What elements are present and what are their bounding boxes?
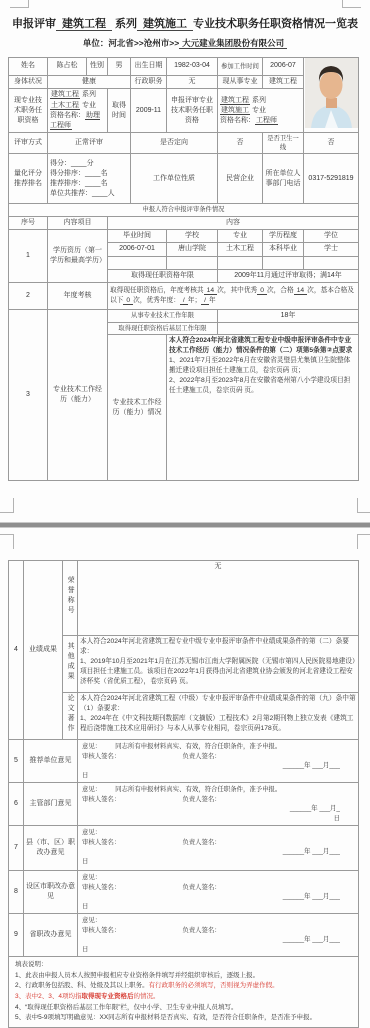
- day-char: 日: [82, 945, 354, 955]
- edu-h-major: 专业: [218, 229, 263, 242]
- edu-empty-3: [218, 256, 263, 269]
- ach-label: 业绩成果: [24, 561, 63, 740]
- exp-grassroots-value: [218, 323, 359, 335]
- title-series-suffix: 系列: [115, 18, 137, 30]
- annual-seg: 次，其中优秀: [217, 287, 257, 294]
- reviewer-sign-label: 审核人签名：: [82, 884, 120, 891]
- opinion-7-content: 意见： 审核人签名：负责人签名： ______年 ___月___ 日: [78, 826, 359, 871]
- opinion-9-content: 意见： 审核人签名：负责人签名： ______年 ___月___ 日: [78, 914, 359, 957]
- annual-num: 0: [257, 287, 267, 295]
- edu-no: 1: [9, 229, 48, 282]
- seq-header: 序号: [9, 216, 48, 229]
- note-4: 4、“取得现任职资格后基层工作年限”栏，仅中小学、卫生专业申报人员填写。: [15, 1003, 352, 1014]
- principal-sign-label: 负责人签名：: [182, 753, 220, 760]
- opinion-9-no: 9: [9, 914, 24, 957]
- notes-title: 填表说明：: [15, 960, 352, 971]
- exp-detail-item2: 2、2022年8月至2023年8月在安徽省亳州第八小学建设项目担任土建施工员，卷…: [169, 376, 356, 396]
- other-results-head: 本人符合2024年河北省建筑工程专业中级专业申报评审条件中业绩成果条件的第（二）…: [80, 638, 349, 655]
- frontline-label: 是否卫生一线: [263, 133, 304, 154]
- admin-duty-value: 无: [167, 76, 218, 89]
- health-value: 健康: [48, 76, 131, 89]
- current-title-value: 建筑工程 系列 土木工程 专业 资格名称：助理工程师: [48, 89, 108, 133]
- opinion-6-content: 意见：同志所有申报材料真实、有效，符合任职条件，准予申报。 审核人签名：负责人签…: [78, 783, 359, 826]
- annual-seg: 次，优秀年度：: [133, 297, 180, 304]
- note-2: 2、行政职务包括股、科、处级及其以上职务。有行政职务的必须填写，否则视为弄虚作假…: [15, 981, 352, 992]
- principal-sign-label: 负责人签名：: [182, 884, 220, 891]
- directed-label: 是否定向: [131, 133, 218, 154]
- other-results-item: 1、2019年10月至2021年1月在江苏无锡市江南大学附属医院（无锡市第四人民…: [80, 658, 355, 685]
- unit-label: 单位：河北省>>沧州市>>: [83, 38, 179, 48]
- honor-label: 荣誉称号: [63, 561, 78, 636]
- document-page: { "colors": {"note_red": "#d6352b", "pag…: [0, 0, 370, 1024]
- title-suffix: 专业技术职务任职资格情况一览表: [193, 18, 358, 30]
- apply-series: 建筑工程: [220, 97, 250, 105]
- achievements-opinions-table: 4 业绩成果 荣誉称号 无 其他成果 本人符合2024年河北省建筑工程专业中级专…: [8, 560, 359, 1028]
- health-label: 身体状况: [9, 76, 48, 89]
- day-char: 日: [82, 857, 354, 867]
- opinion-6-no: 6: [9, 783, 24, 826]
- opinion-5-content: 意见：同志所有申报材料真实、有效，符合任职条件，准予申报。 审核人签名：负责人签…: [78, 740, 359, 783]
- apply-name-label: 资格名称：: [220, 117, 255, 124]
- reviewer-sign-label: 审核人签名：: [82, 796, 120, 803]
- reviewer-sign-label: 审核人签名：: [82, 927, 120, 934]
- note-1: 1、此表由申报人员本人按照申报相应专业资格条件填写并经组织审核后，逐级上报。: [15, 971, 352, 982]
- opinion-text: 同志所有申报材料真实、有效，符合任职条件，准予申报。: [115, 786, 281, 793]
- current-title-label: 现专业技术职务任职资格: [9, 89, 48, 133]
- annual-num: /: [180, 297, 188, 305]
- edu-label: 学历资历（第一学历和最高学历）: [48, 229, 108, 282]
- applicant-photo: [305, 58, 358, 128]
- score-rank-label: 量化评分推荐排名: [9, 154, 48, 204]
- reviewer-sign-label: 审核人签名：: [82, 839, 120, 846]
- exp-detail-item1: 1、2021年7月至2022年6月在安徽省灵璧县尤集镇卫生院整体搬迁建设项目担任…: [169, 356, 356, 376]
- edu-v-degree-level: 本科毕业: [263, 242, 304, 256]
- edu-empty-5: [304, 256, 359, 269]
- opinion-word: 意见：: [82, 829, 101, 836]
- papers-label: 论文著作: [63, 693, 78, 740]
- note-5: 5、表中5-9项填写明确意见：XX同志所有申报材料是否真实、有效，是否符合任职条…: [15, 1013, 352, 1024]
- note-3-bold: 取得现专业资格后: [81, 993, 133, 1000]
- opinion-8-label: 设区市职改办意见: [24, 871, 78, 914]
- title-series-underlined: 建筑工程: [56, 18, 112, 31]
- conditions-section-title: 申报人符合申报评审条件情况: [9, 204, 359, 216]
- unit-company-underlined: 大元建业集团股份有限公司: [179, 38, 287, 49]
- date-blank-line: ______年 ___月___: [82, 892, 354, 902]
- annual-no: 2: [9, 282, 48, 309]
- principal-sign-label: 负责人签名：: [182, 796, 220, 803]
- score-line4: 单位共推荐：____人: [50, 190, 115, 197]
- opinion-9-label: 省职改办意见: [24, 914, 78, 957]
- date-blank-line: ______年 ___月___: [82, 935, 354, 945]
- papers-head: 本人符合2024年河北省建筑工程（中级）专业申报评审条件中业绩成果条件的第（九）…: [80, 695, 356, 712]
- opinion-7-label: 县（市、区）职改办意见: [24, 826, 78, 871]
- title-prefix: 申报评审: [12, 18, 56, 30]
- obtain-time-label: 取得时间: [108, 89, 131, 133]
- review-mode-label: 评审方式: [9, 133, 48, 154]
- work-start-label: 参加工作时间: [218, 58, 263, 76]
- crop-mark-top-right: [342, 0, 361, 8]
- fill-in-notes: 填表说明： 1、此表由申报人员本人按照申报相应专业资格条件填写并经组织审核后，逐…: [9, 957, 359, 1028]
- edu-empty-2: [167, 256, 218, 269]
- edu-v-major: 土木工程: [218, 242, 263, 256]
- current-major-label: 现从事专业: [218, 76, 263, 89]
- exp-label: 专业技术工作经历（能力）: [48, 309, 108, 480]
- birth-label: 出生日期: [131, 58, 167, 76]
- current-major-value: 建筑工程: [263, 76, 304, 89]
- exp-detail-head: 本人符合2024年河北省建筑工程专业中级申报评审条件中专业技术工作经历（能力）情…: [169, 336, 356, 356]
- content-header: 内容: [108, 216, 359, 229]
- annual-num: 14: [204, 287, 217, 295]
- review-mode-value: 正常评审: [48, 133, 131, 154]
- annual-num: 0: [123, 297, 133, 305]
- item-header: 内容项目: [48, 216, 108, 229]
- date-blank-line: ______年 ___月___: [82, 761, 354, 771]
- opinion-7-no: 7: [9, 826, 24, 871]
- note-2-red: 有行政职务的必须填写，否则视为弄虚作假。: [149, 982, 279, 989]
- score-line3: 推荐排序：____名: [50, 180, 108, 187]
- annual-label: 年度考核: [48, 282, 108, 309]
- exp-no: 3: [9, 309, 48, 480]
- annual-num: 14: [294, 287, 307, 295]
- exp-detail-value: 本人符合2024年河北省建筑工程专业中级申报评审条件中专业技术工作经历（能力）情…: [167, 335, 359, 481]
- edu-empty-1: [108, 256, 167, 269]
- tenure-label: 取得现任职资格年限: [108, 269, 218, 282]
- tenure-value: 2009年11月通过评审取得；满14年: [218, 269, 359, 282]
- frontline-value: 否: [304, 133, 359, 154]
- name-label: 姓名: [9, 58, 48, 76]
- date-blank-line: ______年 ___月_: [82, 804, 354, 814]
- crop-mark-break-right-top: [357, 498, 370, 513]
- applicant-photo-cell: [304, 58, 359, 133]
- edu-empty-4: [263, 256, 304, 269]
- gender-value: 男: [108, 58, 131, 76]
- score-line2: 得分排序：____名: [50, 170, 108, 177]
- annual-seg: 年；: [188, 297, 201, 304]
- directed-value: 否: [218, 133, 263, 154]
- exp-grassroots-label: 取得现任职资格后基层工作年限: [108, 323, 218, 335]
- edu-h-school: 学校: [167, 229, 218, 242]
- apply-series-sfx: 系列: [252, 97, 266, 104]
- papers-value: 本人符合2024年河北省建筑工程（中级）专业申报评审条件中业绩成果条件的第（九）…: [78, 693, 359, 740]
- annual-seg: 年: [209, 297, 216, 304]
- ach-no: 4: [9, 561, 24, 740]
- edu-h-degree-level: 学历程度: [263, 229, 304, 242]
- gender-label: 性别: [87, 58, 108, 76]
- current-title-major: 土木工程: [50, 102, 80, 110]
- apply-title-value: 建筑工程 系列 建筑施工 专业 资格名称：工程师: [218, 89, 304, 133]
- day-char: 日: [82, 771, 354, 781]
- birth-value: 1982-03-04: [167, 58, 218, 76]
- date-blank-line: ______年 ___月___: [82, 847, 354, 857]
- work-start-value: 2006-07: [263, 58, 304, 76]
- annual-value: 取得现任职资格后，年度考核共14次，其中优秀0次，合格14次，基本合格及以下0次…: [108, 282, 359, 309]
- principal-sign-label: 负责人签名：: [182, 839, 220, 846]
- crop-mark-break-right-bottom: [357, 534, 370, 549]
- edu-h-gradtime: 毕业时间: [108, 229, 167, 242]
- opinion-text: 同志所有申报材料真实、有效，符合任职条件，准予申报。: [115, 743, 281, 750]
- name-value: 陈占松: [48, 58, 87, 76]
- apply-major-sfx: 专业: [252, 107, 266, 114]
- page-separator-band: [0, 522, 370, 528]
- opinion-word: 意见：: [82, 743, 101, 750]
- note-2-black: 2、行政职务包括股、科、处级及其以上职务。: [15, 982, 149, 989]
- honor-value: 无: [78, 561, 359, 636]
- current-title-series-sfx: 系列: [82, 91, 96, 98]
- unit-line: 单位：河北省>>沧州市>>大元建业集团股份有限公司: [0, 37, 370, 49]
- unit-type-value: 民营企业: [218, 154, 263, 204]
- exp-detail-label: 专业技术工作经历（能力）情况: [108, 335, 167, 481]
- opinion-5-no: 5: [9, 740, 24, 783]
- apply-name: 工程师: [255, 117, 278, 125]
- title-specialty-underlined: 建筑施工: [137, 18, 193, 31]
- note-3: 3、表中2、3、4项均指取得现专业资格后的情况。: [15, 992, 352, 1003]
- hr-phone-label: 所在单位人事部门电话: [263, 154, 304, 204]
- papers-label-text: 论文著作: [65, 694, 75, 734]
- apply-title-label: 申报评审专业技术职务任职资格: [167, 89, 218, 133]
- principal-sign-label: 负责人签名：: [182, 927, 220, 934]
- crop-mark-break-left-bottom: [0, 534, 14, 549]
- annual-seg: 取得现任职资格后，年度考核共: [110, 287, 204, 294]
- opinion-word: 意见：: [82, 786, 101, 793]
- score-line1: 得分：____分: [50, 160, 94, 167]
- crop-mark-break-left-top: [0, 498, 14, 513]
- edu-h-degree: 学位: [304, 229, 359, 242]
- note-3-pre: 3、表中2、3、4项均指: [15, 993, 81, 1000]
- unit-type-label: 工作单位性质: [131, 154, 218, 204]
- opinion-8-no: 8: [9, 871, 24, 914]
- opinion-word: 意见：: [82, 917, 101, 924]
- honor-label-text: 荣誉称号: [65, 576, 75, 616]
- score-rank-value: 得分：____分 得分排序：____名 推荐排序：____名 单位共推荐：___…: [48, 154, 131, 204]
- form-title: 申报评审建筑工程 系列建筑施工专业技术职务任职资格情况一览表: [0, 15, 370, 31]
- reviewer-sign-label: 审核人签名：: [82, 753, 120, 760]
- applicant-info-table: 姓名 陈占松 性别 男 出生日期 1982-03-04 参加工作时间 2006-…: [8, 57, 359, 481]
- day-char: 日: [82, 814, 354, 824]
- note-3-post: 的情况。: [133, 993, 159, 1000]
- day-char: 日: [82, 902, 354, 912]
- opinion-6-label: 主管部门意见: [24, 783, 78, 826]
- other-results-label-text: 其他成果: [65, 642, 75, 682]
- exp-years-label: 从事专业技术工作年限: [108, 309, 218, 322]
- opinion-5-label: 推荐单位意见: [24, 740, 78, 783]
- apply-major: 建筑施工: [220, 107, 250, 115]
- edu-v-gradtime: 2006-07-01: [108, 242, 167, 256]
- papers-item: 1、2024年在《中文科技期刊数据库（文摘版）工程技术》2月第2期刊物上独立发表…: [80, 715, 353, 732]
- opinion-word: 意见：: [82, 874, 101, 881]
- hr-phone-value: 0317-5291819: [304, 154, 359, 204]
- exp-years-value: 18年: [218, 309, 359, 322]
- crop-mark-top-left: [10, 0, 29, 8]
- current-title-major-sfx: 专业: [82, 102, 96, 109]
- edu-v-degree: 学士: [304, 242, 359, 256]
- current-title-name-label: 资格名称：: [50, 112, 85, 119]
- current-title-series: 建筑工程: [50, 91, 80, 99]
- obtain-time-value: 2009-11: [131, 89, 167, 133]
- annual-seg: 次，合格: [267, 287, 294, 294]
- other-results-label: 其他成果: [63, 636, 78, 693]
- admin-duty-label: 行政职务: [131, 76, 167, 89]
- annual-num: /: [201, 297, 209, 305]
- opinion-8-content: 意见： 审核人签名：负责人签名： ______年 ___月___ 日: [78, 871, 359, 914]
- edu-v-school: 唐山学院: [167, 242, 218, 256]
- other-results-value: 本人符合2024年河北省建筑工程专业中级专业申报评审条件中业绩成果条件的第（二）…: [78, 636, 359, 693]
